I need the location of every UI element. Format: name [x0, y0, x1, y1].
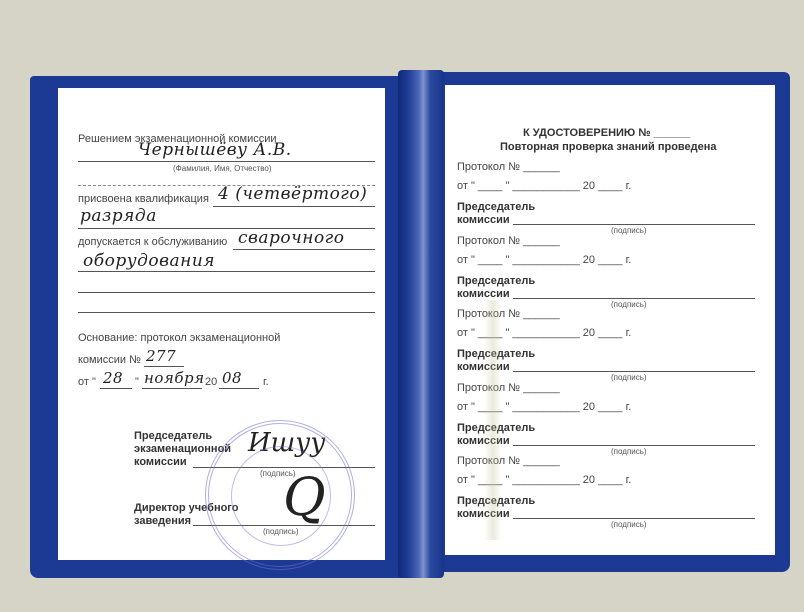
- commission-no-label: комиссии №: [78, 354, 141, 366]
- chairman-signature-line: [513, 518, 755, 519]
- protocol-no-field: Протокол № ______: [457, 308, 560, 320]
- blank-line-2: [78, 292, 375, 293]
- signature-caption: (подпись): [611, 226, 647, 235]
- date-prefix: от ": [78, 376, 96, 388]
- certificate-title: К УДОСТОВЕРЕНИЮ № ______: [523, 127, 690, 139]
- chairman-label-3: комиссии: [134, 456, 187, 468]
- date-month-line: [142, 388, 202, 389]
- protocol-no-field: Протокол № ______: [457, 161, 560, 173]
- date-month: ноября: [144, 369, 205, 387]
- commission-label: комиссии: [457, 214, 510, 226]
- admitted-line: [233, 249, 375, 250]
- qualification-continuation: разряда: [80, 206, 157, 226]
- stamp-inner-ring: [231, 446, 331, 546]
- qualification-line: [213, 206, 375, 207]
- date-day-line: [100, 388, 132, 389]
- date-year-line: [219, 388, 259, 389]
- director-label-2: заведения: [134, 515, 191, 527]
- booklet-spine: [398, 70, 444, 578]
- chairman-label-1: Председатель: [134, 430, 212, 442]
- qualification-label: присвоена квалификация: [78, 193, 209, 205]
- admitted-label: допускается к обслуживанию: [78, 236, 227, 248]
- protocol-no-field: Протокол № ______: [457, 235, 560, 247]
- chairman-signature-line: [513, 445, 755, 446]
- signature-caption: (подпись): [611, 520, 647, 529]
- commission-label: комиссии: [457, 288, 510, 300]
- admitted-continuation: оборудования: [83, 251, 215, 271]
- paper-scuff: [484, 300, 502, 540]
- protocol-date-field: от " ____ " ___________ 20 ____ г.: [457, 254, 631, 266]
- holder-name: Чернышёву А.В.: [138, 140, 292, 160]
- date-year-prefix: 20: [205, 376, 217, 388]
- date-quote: ": [135, 376, 139, 388]
- date-day: 28: [103, 369, 123, 387]
- chairman-label: Председатель: [457, 201, 535, 213]
- chairman-signature-line: [513, 298, 755, 299]
- admitted-value: сварочного: [238, 228, 345, 248]
- signature-caption: (подпись): [611, 373, 647, 382]
- round-seal-stamp-icon: [205, 420, 355, 570]
- chairman-signature-line: [513, 224, 755, 225]
- signature-caption: (подпись): [611, 447, 647, 456]
- protocol-no-field: Протокол № ______: [457, 382, 560, 394]
- commission-no-value: 277: [146, 347, 176, 365]
- date-suffix: г.: [263, 376, 269, 388]
- basis-label: Основание: протокол экзаменационной: [78, 332, 280, 344]
- date-year: 08: [222, 369, 242, 387]
- name-line: [78, 161, 375, 162]
- commission-no-line: [144, 366, 184, 367]
- chairman-signature-line: [513, 371, 755, 372]
- protocol-date-field: от " ____ " ___________ 20 ____ г.: [457, 180, 631, 192]
- protocol-no-field: Протокол № ______: [457, 455, 560, 467]
- qualification-value: 4 (четвёртого): [218, 184, 367, 204]
- name-caption: (Фамилия, Имя, Отчество): [173, 164, 272, 173]
- chairman-label: Председатель: [457, 275, 535, 287]
- blank-line-3: [78, 312, 375, 313]
- signature-caption: (подпись): [611, 300, 647, 309]
- recheck-subtitle: Повторная проверка знаний проведена: [500, 141, 717, 153]
- admitted-line-2: [78, 271, 375, 272]
